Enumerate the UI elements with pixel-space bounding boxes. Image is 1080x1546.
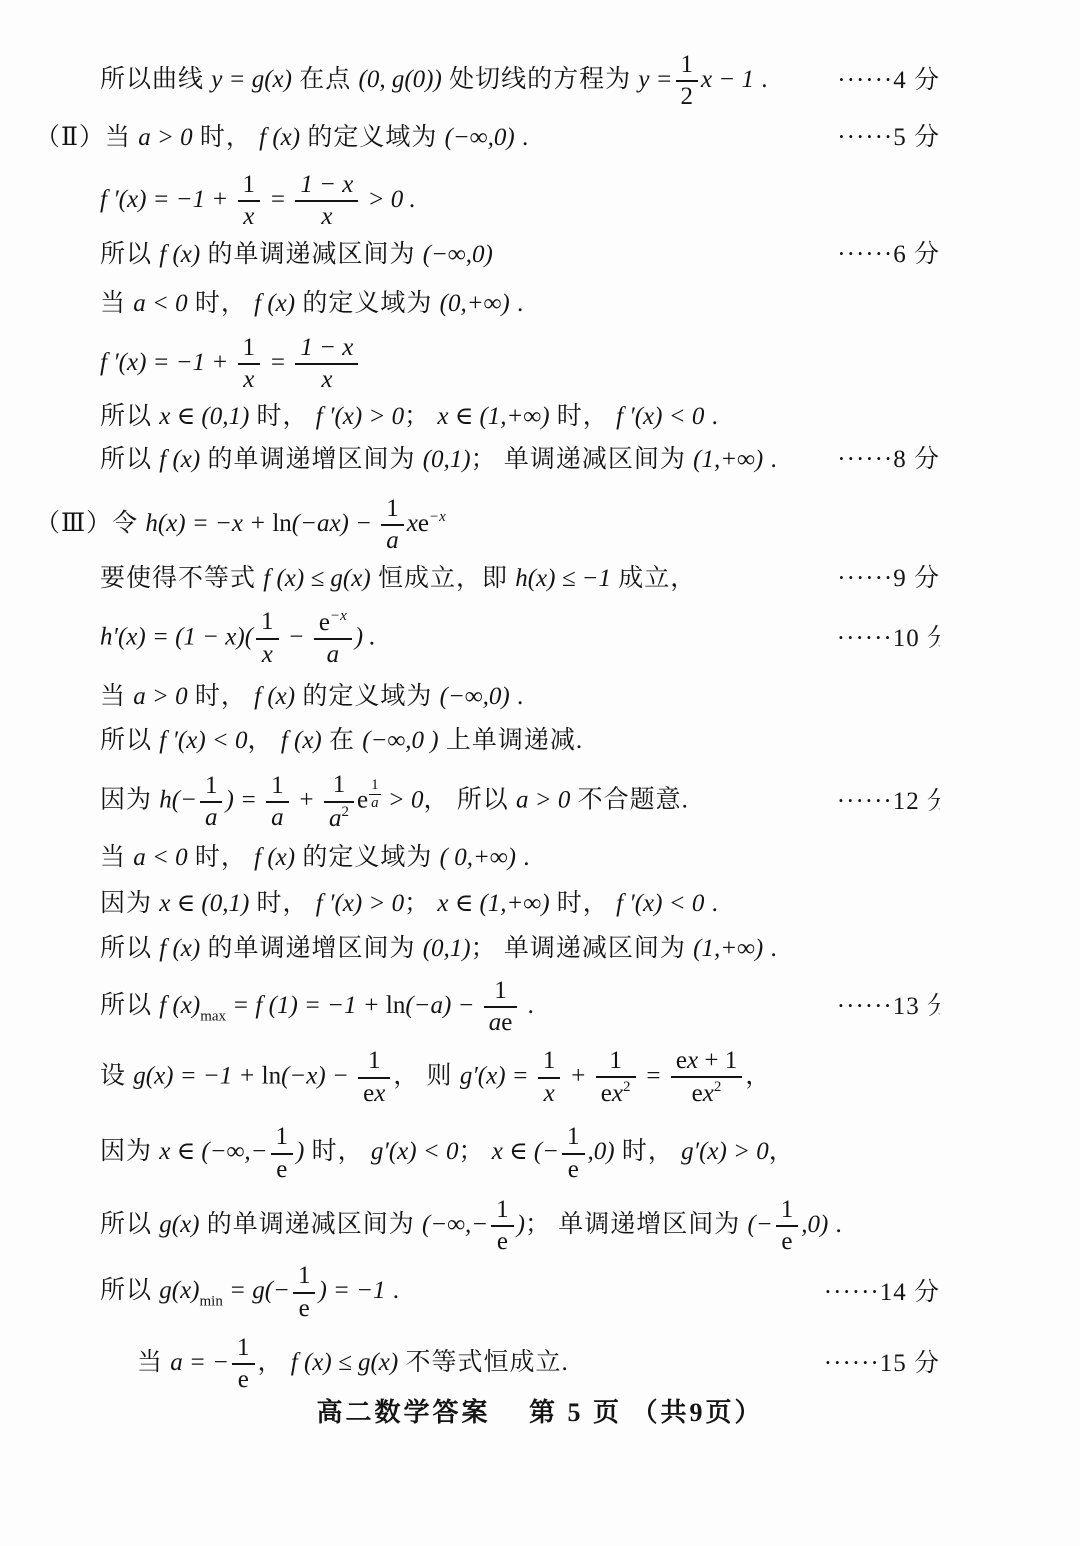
math-run: f (x)	[259, 124, 300, 151]
text-run: 的定义域为	[300, 124, 445, 151]
text-run: 因为	[100, 890, 159, 917]
text-run: 在	[322, 727, 363, 754]
math-run: (−∞,−	[422, 1211, 488, 1238]
score-marks: ······14 分	[824, 1275, 940, 1311]
text-run: 当	[100, 683, 133, 710]
score-marks: ······12 分	[837, 784, 940, 820]
math-run: 1	[205, 772, 218, 799]
math-run: g(x) = −1 +	[133, 1062, 261, 1089]
answer-line: （Ⅲ）令 h(x) = −x + ln(−ax) − 1axe−x	[0, 494, 1080, 557]
answer-line: f ′(x) = −1 + 1x = 1 − xx > 0 .	[0, 170, 1080, 233]
numerator: 1	[538, 1048, 561, 1078]
math-run: (0,1)	[423, 446, 471, 473]
text-run: .	[704, 403, 719, 430]
fraction: 12	[676, 52, 699, 111]
numerator: 1	[491, 1197, 514, 1227]
math-run: a	[205, 804, 218, 831]
superscript: 2	[714, 1079, 722, 1095]
math-run: x	[407, 509, 418, 536]
text-run: 时，	[304, 1138, 371, 1165]
math-run: x	[262, 641, 273, 668]
math-run: ) = −1	[318, 1277, 385, 1304]
math-run: > 0 .	[361, 185, 415, 212]
math-run: f (x) ≤ g(x)	[263, 565, 370, 592]
answer-line: 所以 g(x) 的单调递减区间为 (−∞,−1e)； 单调递增区间为 (−1e,…	[0, 1195, 1080, 1258]
math-run: (1,+∞)	[693, 446, 763, 473]
math-run: g(x)	[159, 1277, 199, 1304]
text-run: 所以	[100, 1277, 159, 1304]
fraction: 1ex2	[596, 1048, 636, 1107]
math-run: a = −	[170, 1349, 229, 1376]
subscript: max	[200, 1008, 226, 1024]
text-run: .	[704, 890, 719, 917]
text-run: ，	[258, 1349, 291, 1376]
denominator: e	[232, 1365, 255, 1393]
score-marks: ······5 分	[837, 120, 940, 156]
text-run: ，	[248, 727, 281, 754]
math-run: y = g(x)	[211, 66, 292, 93]
text-run: 时，	[615, 1138, 682, 1165]
text-run: 所以	[100, 935, 159, 962]
clipped-character: 分	[927, 989, 940, 1025]
math-run: e	[501, 1009, 512, 1036]
denominator: a	[266, 803, 289, 831]
math-run: x	[321, 203, 332, 230]
numerator: 1 − x	[295, 335, 358, 365]
text-run: .	[828, 1211, 843, 1238]
math-run: 1 − x	[300, 171, 353, 198]
math-run: 1	[386, 495, 399, 522]
text-run: 的定义域为	[295, 290, 440, 317]
denominator: a	[381, 526, 404, 554]
answer-line: 所以 f (x) 的单调递减区间为 (−∞,0)······6 分	[0, 237, 1080, 273]
math-run: 1	[781, 1196, 794, 1223]
answer-line: 所以曲线 y = g(x) 在点 (0, g(0)) 处切线的方程为 y =12…	[0, 50, 1080, 113]
text-run: 所以	[100, 991, 159, 1018]
math-run: f (x)	[254, 844, 295, 871]
text-run: 的单调递减区间为	[200, 1211, 423, 1238]
text-run: 要使得不等式	[100, 565, 263, 592]
math-run: a < 0	[133, 844, 187, 871]
text-run: ；	[458, 1138, 491, 1165]
text-run: 所以	[100, 727, 159, 754]
text-run: .	[510, 290, 525, 317]
math-run: x	[544, 1080, 555, 1107]
text-run: ； 单调递减区间为	[471, 935, 694, 962]
numerator: 1	[256, 609, 279, 639]
math-run: ln	[262, 1062, 281, 1089]
numerator: 1	[324, 772, 354, 802]
math-run: x ∈ (−	[492, 1138, 559, 1165]
numerator: 1	[676, 52, 699, 82]
math-run: 1	[681, 51, 694, 78]
superscript: −x	[429, 509, 446, 525]
denominator: e	[271, 1155, 294, 1183]
math-run: e	[781, 1228, 792, 1255]
math-run: (1,+∞)	[693, 935, 763, 962]
math-run: g(x)	[159, 1211, 199, 1238]
page-footer: 高二数学答案 第 5 页 （共9页）	[0, 1395, 1080, 1431]
math-run: f (x) ≤ g(x)	[291, 1349, 398, 1376]
numerator: 1	[238, 172, 261, 202]
math-run: f (x)	[254, 683, 295, 710]
text-run: 所以	[100, 241, 159, 268]
math-run: h(x) = −x +	[145, 509, 272, 536]
math-run: = f (1) = −1 +	[226, 991, 386, 1018]
fraction: 1e	[271, 1124, 294, 1183]
scanned-answer-page: 所以曲线 y = g(x) 在点 (0, g(0)) 处切线的方程为 y =12…	[0, 0, 1080, 1546]
answer-line: 因为 x ∈ (0,1) 时， f ′(x) > 0； x ∈ (1,+∞) 时…	[0, 886, 1080, 922]
score-marks: ······8 分	[837, 442, 940, 478]
fraction: 1a	[369, 778, 381, 811]
numerator: 1	[562, 1124, 585, 1154]
denominator: a2	[324, 803, 354, 832]
math-run: a > 0	[133, 683, 187, 710]
math-run: ,0)	[588, 1138, 615, 1165]
numerator: 1	[484, 978, 518, 1008]
text-run: 恒成立，即	[371, 565, 516, 592]
text-run: 的定义域为	[295, 844, 440, 871]
math-run: x	[243, 203, 254, 230]
fraction: 1a2	[324, 772, 354, 831]
math-run: ) =	[225, 787, 263, 814]
fraction: 1ae	[484, 978, 518, 1037]
answer-line: 所以 f ′(x) < 0， f (x) 在 (−∞,0 ) 上单调递减.	[0, 723, 1080, 759]
math-run: 1	[243, 334, 256, 361]
fraction: 1e	[562, 1124, 585, 1183]
math-run: (−	[748, 1211, 773, 1238]
math-run: + 1	[698, 1047, 737, 1074]
math-run: e	[418, 509, 429, 536]
text-run: .	[763, 446, 778, 473]
math-run: 1	[333, 771, 346, 798]
math-run: 1	[371, 777, 379, 793]
math-run: x	[703, 1080, 714, 1107]
math-run: e	[319, 609, 330, 636]
superscript: 2	[342, 804, 350, 820]
math-run: g′(x) =	[460, 1062, 535, 1089]
text-run: ； 单调递减区间为	[471, 446, 694, 473]
math-run: min	[200, 1294, 223, 1310]
answer-line: 所以 g(x)min = g(−1e) = −1 .······14 分	[0, 1261, 1080, 1324]
score-marks: ······10 分	[837, 621, 940, 657]
math-run: =	[639, 1062, 668, 1089]
denominator: a	[314, 640, 352, 668]
numerator: 1 − x	[295, 172, 358, 202]
text-run: .	[510, 683, 525, 710]
text-run: 的定义域为	[295, 683, 440, 710]
math-run: e	[601, 1080, 612, 1107]
score-marks: ······9 分	[837, 561, 940, 597]
text-run: .	[515, 124, 530, 151]
math-run: 1	[298, 1262, 311, 1289]
text-run: .	[763, 935, 778, 962]
math-run: a	[371, 795, 379, 811]
math-run: f (x)	[159, 991, 200, 1018]
denominator: 2	[676, 82, 699, 110]
denominator: e	[776, 1227, 799, 1255]
numerator: ex + 1	[671, 1048, 742, 1078]
text-run: 时，	[188, 844, 255, 871]
text-run: 在点	[292, 66, 359, 93]
math-run: 2	[714, 1079, 722, 1095]
math-run: ) .	[355, 623, 376, 650]
text-run: 所以	[100, 403, 159, 430]
score-marks: ······6 分	[837, 237, 940, 273]
answer-content: 所以曲线 y = g(x) 在点 (0, g(0)) 处切线的方程为 y =12…	[0, 50, 1080, 1395]
denominator: ex2	[671, 1078, 742, 1107]
numerator: 1	[293, 1263, 316, 1293]
math-run: e	[357, 787, 368, 814]
math-run: =	[263, 349, 292, 376]
numerator: 1	[358, 1048, 390, 1078]
math-run: (0,+∞)	[440, 290, 510, 317]
fraction: 1e	[776, 1197, 799, 1256]
answer-line: 所以 x ∈ (0,1) 时， f ′(x) > 0； x ∈ (1,+∞) 时…	[0, 399, 1080, 435]
math-run: e	[276, 1156, 287, 1183]
denominator: x	[295, 365, 358, 393]
fraction: 1x	[538, 1048, 561, 1107]
math-run: f ′(x) = −1 +	[100, 185, 235, 212]
math-run: a	[271, 804, 284, 831]
math-run: g′(x) < 0	[371, 1138, 459, 1165]
numerator: 1	[369, 778, 381, 795]
math-run: e	[497, 1228, 508, 1255]
math-run: 1	[494, 977, 507, 1004]
math-run: e	[568, 1156, 579, 1183]
math-run: (−a) −	[405, 991, 480, 1018]
fraction: 1e	[491, 1197, 514, 1256]
math-run: −	[282, 623, 311, 650]
numerator: 1	[266, 773, 289, 803]
math-run: e	[238, 1366, 249, 1393]
math-run: max	[200, 1008, 226, 1024]
text-run: 上单调递减.	[439, 727, 584, 754]
answer-line: 设 g(x) = −1 + ln(−x) − 1ex， 则 g′(x) = 1x…	[0, 1046, 1080, 1109]
math-run: x ∈ (0,1)	[159, 403, 249, 430]
math-run: 2	[681, 83, 694, 110]
math-run: (−∞,0)	[423, 241, 493, 268]
math-run: x ∈ (0,1)	[159, 890, 249, 917]
answer-line: 要使得不等式 f (x) ≤ g(x) 恒成立，即 h(x) ≤ −1 成立，·…	[0, 561, 1080, 597]
math-run: −x	[429, 509, 446, 525]
math-run: (0,1)	[423, 935, 471, 962]
math-run: a < 0	[133, 290, 187, 317]
text-run: .	[754, 66, 769, 93]
text-run: ，	[769, 1138, 795, 1165]
score-marks: ······4 分	[837, 63, 940, 99]
text-run: 时，	[193, 124, 260, 151]
superscript: 2	[623, 1079, 631, 1095]
math-run: f ′(x) < 0	[616, 403, 704, 430]
denominator: e	[491, 1227, 514, 1255]
math-run: a > 0	[138, 124, 192, 151]
numerator: e−x	[314, 609, 352, 640]
math-run: )	[517, 1211, 525, 1238]
math-run: x	[243, 366, 254, 393]
fraction: 1 − xx	[295, 335, 358, 394]
fraction: 1e	[293, 1263, 316, 1322]
math-run: ln	[272, 509, 291, 536]
text-run: 不等式恒成立.	[398, 1349, 569, 1376]
math-run: 1	[261, 608, 274, 635]
answer-line: 当 a < 0 时， f (x) 的定义域为 (0,+∞) .	[0, 286, 1080, 322]
denominator: e	[293, 1294, 316, 1322]
math-run: x	[612, 1080, 623, 1107]
math-run: e	[363, 1080, 374, 1107]
math-run: (−∞,0)	[440, 683, 510, 710]
math-run: f (x)	[159, 446, 200, 473]
text-run: 时，	[249, 890, 316, 917]
math-run: ln	[386, 991, 405, 1018]
text-run: ； 单调递增区间为	[525, 1211, 748, 1238]
answer-line: h′(x) = (1 − x)(1x − e−xa) .······10 分	[0, 607, 1080, 670]
text-run: 时，	[249, 403, 316, 430]
math-run: h(−	[159, 787, 197, 814]
numerator: 1	[776, 1197, 799, 1227]
text-run: ，	[745, 1062, 771, 1089]
math-run: =	[263, 185, 292, 212]
numerator: 1	[596, 1048, 636, 1078]
answer-line: 当 a = −1e， f (x) ≤ g(x) 不等式恒成立.······15 …	[0, 1333, 1080, 1396]
denominator: ex	[358, 1079, 390, 1107]
math-run: = g(−	[223, 1277, 290, 1304]
text-run: 所以	[100, 446, 159, 473]
answer-line: 当 a < 0 时， f (x) 的定义域为 ( 0,+∞) .	[0, 840, 1080, 876]
math-run: e	[299, 1295, 310, 1322]
math-run: 1	[609, 1047, 622, 1074]
text-run: 时，	[550, 890, 617, 917]
math-run: f ′(x) < 0	[616, 890, 704, 917]
denominator: x	[295, 202, 358, 230]
math-run: 1	[543, 1047, 556, 1074]
text-run: （Ⅲ）令	[35, 509, 145, 536]
superscript: −x	[330, 608, 347, 624]
math-run: −x	[330, 608, 347, 624]
text-run: 时，	[188, 683, 255, 710]
math-run: ( 0,+∞)	[440, 844, 516, 871]
denominator: x	[238, 202, 261, 230]
text-run: 时，	[550, 403, 617, 430]
fraction: 1 − xx	[295, 172, 358, 231]
math-run: 1	[276, 1123, 289, 1150]
text-run: .	[386, 1277, 401, 1304]
text-run: ；	[404, 403, 437, 430]
numerator: 1	[232, 1335, 255, 1365]
math-run: a	[386, 527, 399, 554]
numerator: 1	[238, 335, 261, 365]
math-run: (0, g(0))	[359, 66, 442, 93]
math-run: 1	[271, 772, 284, 799]
math-run: h′(x) = (1 − x)(	[100, 623, 253, 650]
math-run: a	[327, 641, 340, 668]
math-run: ,0)	[801, 1211, 828, 1238]
fraction: 1x	[238, 335, 261, 394]
text-run: 因为	[100, 1138, 159, 1165]
math-run: x − 1	[701, 66, 754, 93]
text-run: 所以	[100, 1211, 159, 1238]
text-run: .	[516, 844, 531, 871]
footer-text: 高二数学答案 第 5 页 （共9页）	[316, 1398, 763, 1427]
denominator: x	[238, 365, 261, 393]
denominator: a	[369, 795, 381, 811]
math-run: 1	[368, 1047, 381, 1074]
fraction: 1e	[232, 1335, 255, 1394]
denominator: ex2	[596, 1078, 636, 1107]
math-run: y =	[638, 66, 672, 93]
math-run: f (x)	[254, 290, 295, 317]
math-run: f (x)	[159, 935, 200, 962]
fraction: 1a	[200, 773, 223, 832]
text-run: 设	[100, 1062, 133, 1089]
math-run: 1 − x	[300, 334, 353, 361]
math-run: 1	[243, 171, 256, 198]
denominator: ae	[484, 1008, 518, 1036]
superscript: 1a	[368, 786, 382, 802]
text-run: ， 所以	[424, 787, 517, 814]
text-run: .	[520, 991, 535, 1018]
math-run: > 0	[382, 787, 424, 814]
text-run: （Ⅱ）当	[35, 124, 138, 151]
math-run: e	[692, 1080, 703, 1107]
score-marks: ······13 分	[837, 989, 940, 1025]
math-run: a	[329, 804, 342, 831]
fraction: 1ex	[358, 1048, 390, 1107]
math-run: 2	[342, 804, 350, 820]
fraction: ex + 1ex2	[671, 1048, 742, 1107]
math-run: x ∈ (1,+∞)	[437, 403, 549, 430]
fraction: 1a	[266, 773, 289, 832]
math-run: x	[374, 1080, 385, 1107]
numerator: 1	[271, 1124, 294, 1154]
denominator: e	[562, 1155, 585, 1183]
math-run: x	[321, 366, 332, 393]
answer-line: f ′(x) = −1 + 1x = 1 − xx	[0, 333, 1080, 396]
math-run: h(x) ≤ −1	[515, 565, 611, 592]
answer-line: 当 a > 0 时， f (x) 的定义域为 (−∞,0) .	[0, 679, 1080, 715]
score-marks: ······15 分	[824, 1346, 940, 1382]
text-run: 的单调递增区间为	[200, 446, 423, 473]
denominator: x	[256, 640, 279, 668]
clipped-character: 分	[927, 784, 940, 820]
math-run: f ′(x) > 0	[316, 403, 404, 430]
fraction: 1x	[238, 172, 261, 231]
clipped-character: 分	[927, 621, 940, 657]
text-run: 当	[100, 844, 133, 871]
math-run: +	[563, 1062, 592, 1089]
text-run: 当	[137, 1349, 170, 1376]
math-run: a	[489, 1009, 502, 1036]
math-run: 1	[237, 1334, 250, 1361]
text-run: 处切线的方程为	[442, 66, 639, 93]
text-run: ；	[404, 890, 437, 917]
numerator: 1	[381, 496, 404, 526]
denominator: x	[538, 1079, 561, 1107]
text-run: 所以曲线	[100, 66, 211, 93]
text-run: 时，	[188, 290, 255, 317]
math-run: f ′(x) < 0	[159, 727, 247, 754]
math-run: g′(x) > 0	[681, 1138, 769, 1165]
fraction: 1x	[256, 609, 279, 668]
text-run: 的单调递增区间为	[200, 935, 423, 962]
math-run: (−∞,0)	[445, 124, 515, 151]
text-run: 当	[100, 290, 133, 317]
answer-line: 所以 f (x) 的单调递增区间为 (0,1)； 单调递减区间为 (1,+∞) …	[0, 931, 1080, 967]
math-run: 1	[567, 1123, 580, 1150]
math-run: f (x)	[159, 241, 200, 268]
answer-line: 因为 x ∈ (−∞,−1e) 时， g′(x) < 0； x ∈ (−1e,0…	[0, 1122, 1080, 1185]
text-run: ， 则	[393, 1062, 460, 1089]
